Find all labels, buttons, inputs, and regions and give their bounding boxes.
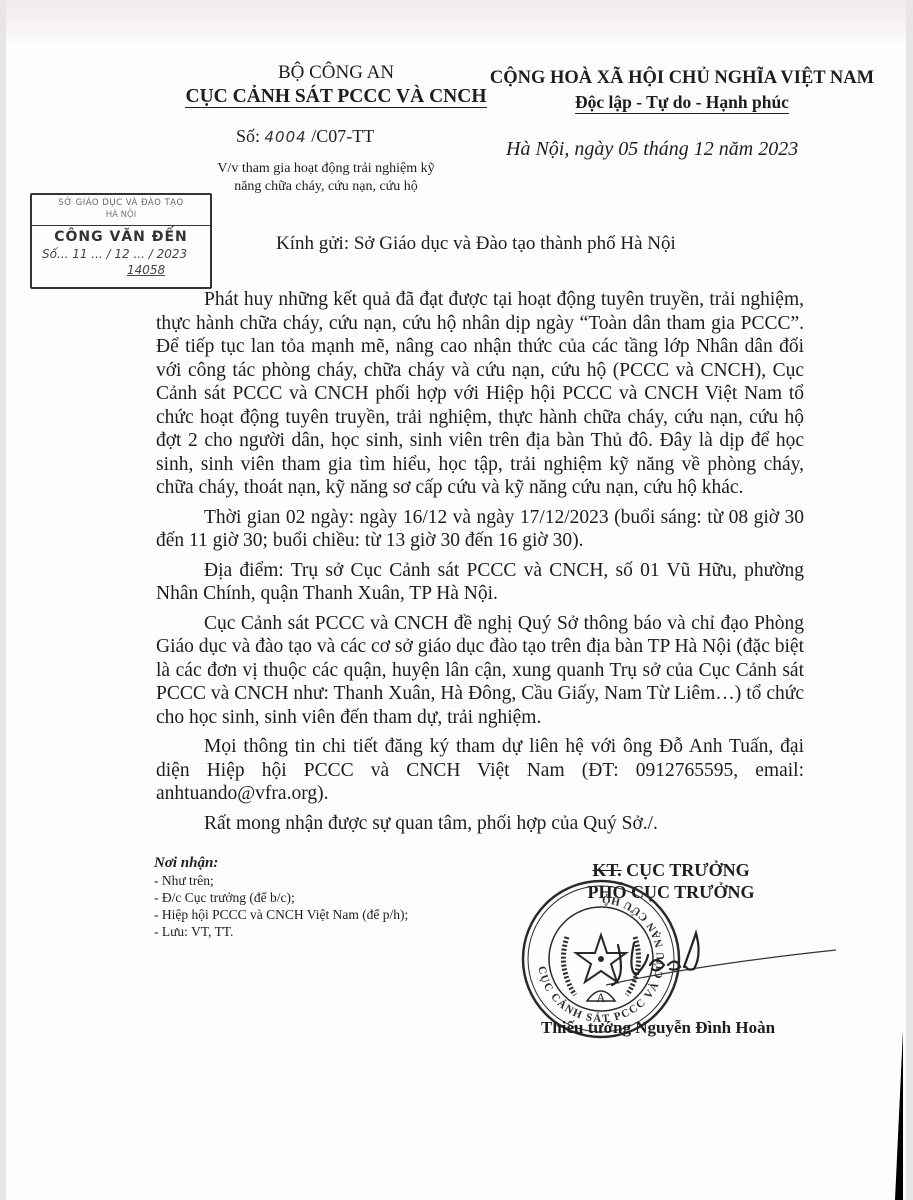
recipient-item: - Hiệp hội PCCC và CNCH Việt Nam (để p/h… <box>154 906 408 923</box>
scan-shadow <box>6 0 906 45</box>
department-name: CỤC CẢNH SÁT PCCC VÀ CNCH <box>176 86 496 108</box>
document-page: BỘ CÔNG AN CỤC CẢNH SÁT PCCC VÀ CNCH Số:… <box>6 0 906 1200</box>
recipients-list: Nơi nhận: - Như trên; - Đ/c Cục trưởng (… <box>154 855 408 940</box>
national-motto: Độc lập - Tự do - Hạnh phúc <box>472 92 892 113</box>
recipient-item: - Lưu: VT, TT. <box>154 923 408 940</box>
stamp-issuer-city: HÀ NỘI <box>32 210 210 220</box>
ministry-name: BỘ CÔNG AN <box>186 62 486 84</box>
stamp-number: 14058 <box>127 263 165 277</box>
document-number: Số: 4004 /C07-TT <box>236 126 374 147</box>
date-line: Hà Nội, ngày 05 tháng 12 năm 2023 <box>506 138 798 161</box>
body-paragraph: Thời gian 02 ngày: ngày 16/12 và ngày 17… <box>156 506 804 553</box>
recipient-item: - Đ/c Cục trưởng (để b/c); <box>154 889 408 906</box>
page-curl <box>895 1030 903 1200</box>
handwritten-signature-icon <box>606 925 836 995</box>
stamp-date: Số... 11 ... / 12 ... / 2023 <box>42 247 187 261</box>
body-paragraph: Cục Cảnh sát PCCC và CNCH đề nghị Quý Sở… <box>156 612 804 730</box>
stamp-divider <box>32 225 210 226</box>
stamp-title: CÔNG VĂN ĐẾN <box>32 229 210 245</box>
handwritten-day: 05 <box>618 138 638 160</box>
received-stamp: SỞ GIÁO DỤC VÀ ĐÀO TẠO HÀ NỘI CÔNG VĂN Đ… <box>30 193 212 289</box>
body-paragraph: Phát huy những kết quả đã đạt được tại h… <box>156 288 804 500</box>
handwritten-number: 4004 <box>265 128 307 146</box>
recipient-item: - Như trên; <box>154 872 408 889</box>
stamp-issuer: SỞ GIÁO DỤC VÀ ĐÀO TẠO <box>32 198 210 208</box>
svg-text:A: A <box>596 990 606 1005</box>
body-paragraph: Rất mong nhận được sự quan tâm, phối hợp… <box>156 812 804 836</box>
document-subject: V/v tham gia hoạt động trải nghiệm kỹ nă… <box>191 160 461 196</box>
salutation: Kính gửi: Sở Giáo dục và Đào tạo thành p… <box>276 233 676 255</box>
document-body: Phát huy những kết quả đã đạt được tại h… <box>156 288 804 841</box>
body-paragraph: Địa điểm: Trụ sở Cục Cảnh sát PCCC và CN… <box>156 559 804 606</box>
body-paragraph: Mọi thông tin chi tiết đăng ký tham dự l… <box>156 735 804 806</box>
recipients-heading: Nơi nhận: <box>154 855 408 872</box>
signer-name: Thiếu tướng Nguyễn Đình Hoàn <box>541 1018 775 1038</box>
national-title: CỘNG HOÀ XÃ HỘI CHỦ NGHĨA VIỆT NAM <box>472 68 892 89</box>
